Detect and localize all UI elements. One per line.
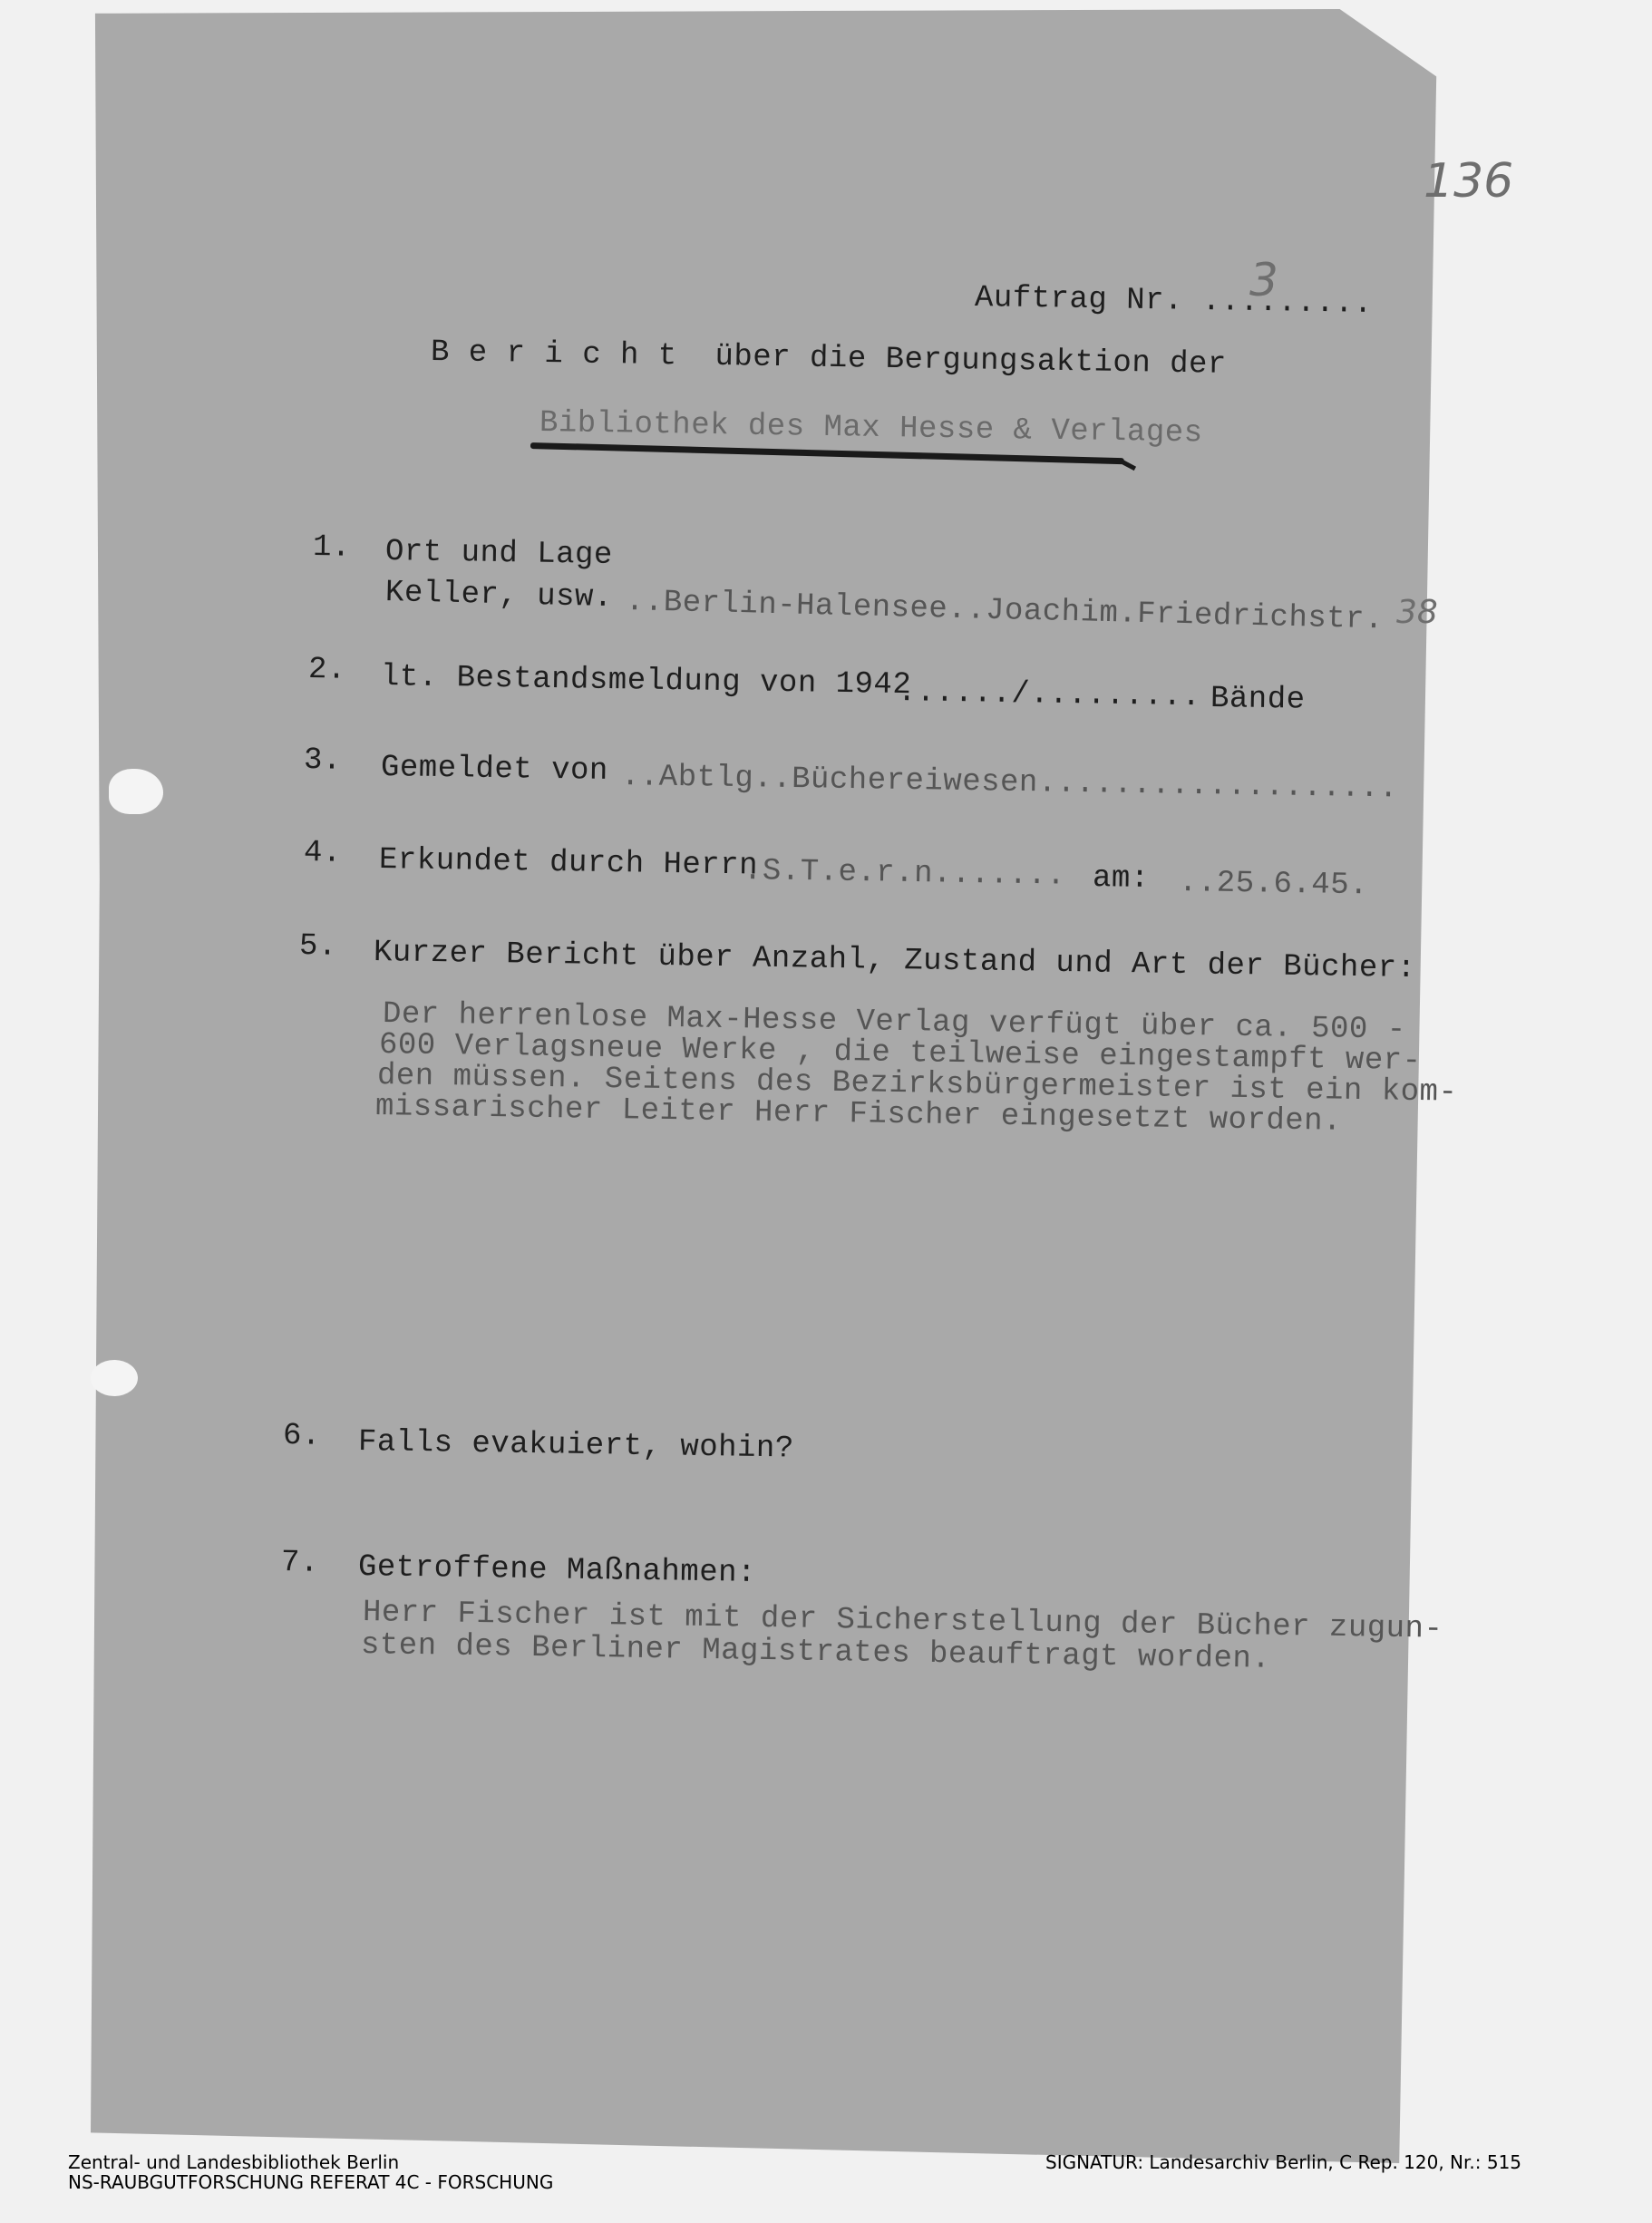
item-1-label-line2: Keller, usw. — [385, 576, 633, 616]
footer-line-2: NS-RAUBGUTFORSCHUNG REFERAT 4C - FORSCHU… — [68, 2172, 553, 2192]
punch-hole — [109, 769, 163, 814]
item-number-5: 5. — [299, 929, 337, 965]
item-2-suffix: Bände — [1210, 682, 1306, 718]
page-number-handwritten: 136 — [1424, 154, 1513, 209]
footer-signature: SIGNATUR: Landesarchiv Berlin, C Rep. 12… — [1045, 2152, 1521, 2172]
item-2-value: ....../......... — [898, 675, 1220, 715]
item-number-3: 3. — [304, 743, 342, 779]
item-number-6: 6. — [283, 1419, 321, 1454]
item-3-label: Gemeldet von — [381, 751, 627, 789]
item-4-label: Erkundet durch Herrn — [379, 843, 778, 884]
item-4-date-value: ..25.6.45. — [1179, 866, 1369, 903]
item-4-value: .S.T.e.r.n....... — [743, 854, 1085, 894]
item-number-2: 2. — [308, 653, 346, 688]
item-number-1: 1. — [313, 530, 351, 566]
item-number-4: 4. — [304, 836, 342, 871]
item-1-label-line1: Ort und Lage — [385, 535, 613, 573]
item-7-label: Getroffene Maßnahmen: — [358, 1550, 757, 1591]
punch-hole — [91, 1360, 138, 1396]
item-number-7: 7. — [281, 1546, 319, 1581]
order-label: Auftrag Nr. ......... — [975, 281, 1374, 322]
item-4-date-label: am: — [1093, 861, 1169, 897]
footer-institution: Zentral- und Landesbibliothek Berlin NS-… — [68, 2152, 553, 2192]
item-1-value-handwritten: 38 — [1396, 594, 1438, 631]
order-number-handwritten: 3 — [1249, 254, 1278, 306]
footer-line-1: Zentral- und Landesbibliothek Berlin — [68, 2152, 553, 2172]
item-6-label: Falls evakuiert, wohin? — [358, 1425, 794, 1467]
